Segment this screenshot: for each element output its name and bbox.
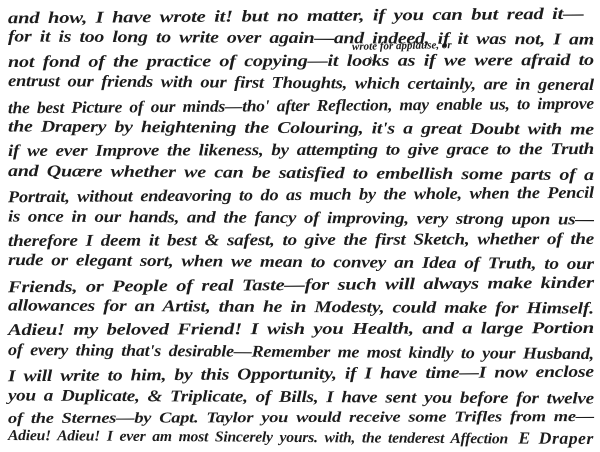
letter-line-text: not fond of the practice of copying—it l… xyxy=(8,49,594,73)
letter-line-text: if we ever Improve the likeness, by atte… xyxy=(8,138,594,162)
letter-line-text: I will write to him, by this Opportunity… xyxy=(8,361,594,388)
letter-line-2: for it is too long to write over again—a… xyxy=(8,26,594,51)
letter-line-7: if we ever Improve the likeness, by atte… xyxy=(8,138,594,162)
letter-line-6: the Drapery by heightening the Colouring… xyxy=(8,115,594,140)
letter-line-text: allowances for an Artist, than he in Mod… xyxy=(8,295,594,320)
letter-line-text: for it is too long to write over again—a… xyxy=(8,26,594,51)
letter-line-9: Portrait, without endeavoring to do as m… xyxy=(8,182,594,209)
letter-line-20: Adieu! Adieu! I ever am most Sincerely y… xyxy=(8,425,594,448)
letter-body: and how, I have wrote it! but no matter,… xyxy=(8,5,594,446)
letter-line-15: Adieu! my beloved Friend! I wish you Hea… xyxy=(8,317,594,341)
letter-line-17: I will write to him, by this Opportunity… xyxy=(8,361,594,388)
letter-line-14: allowances for an Artist, than he in Mod… xyxy=(8,295,594,320)
letter-line-text: Portrait, without endeavoring to do as m… xyxy=(8,182,594,209)
letter-line-10: is once in our hands, and the fancy of i… xyxy=(8,205,594,230)
letter-line-text: Adieu! Adieu! I ever am most Sincerely y… xyxy=(8,428,508,447)
letter-line-text: is once in our hands, and the fancy of i… xyxy=(8,205,594,230)
letter-line-text: Adieu! my beloved Friend! I wish you Hea… xyxy=(8,317,594,341)
scanned-letter-page: wrote for applause, or ^ and how, I have… xyxy=(0,0,600,452)
letter-line-18: you a Duplicate, & Triplicate, of Bills,… xyxy=(8,384,594,409)
letter-line-3: not fond of the practice of copying—it l… xyxy=(8,49,594,73)
signature: E Draper xyxy=(518,429,594,449)
letter-line-text: you a Duplicate, & Triplicate, of Bills,… xyxy=(8,384,594,409)
letter-line-text: the Drapery by heightening the Colouring… xyxy=(8,115,594,140)
